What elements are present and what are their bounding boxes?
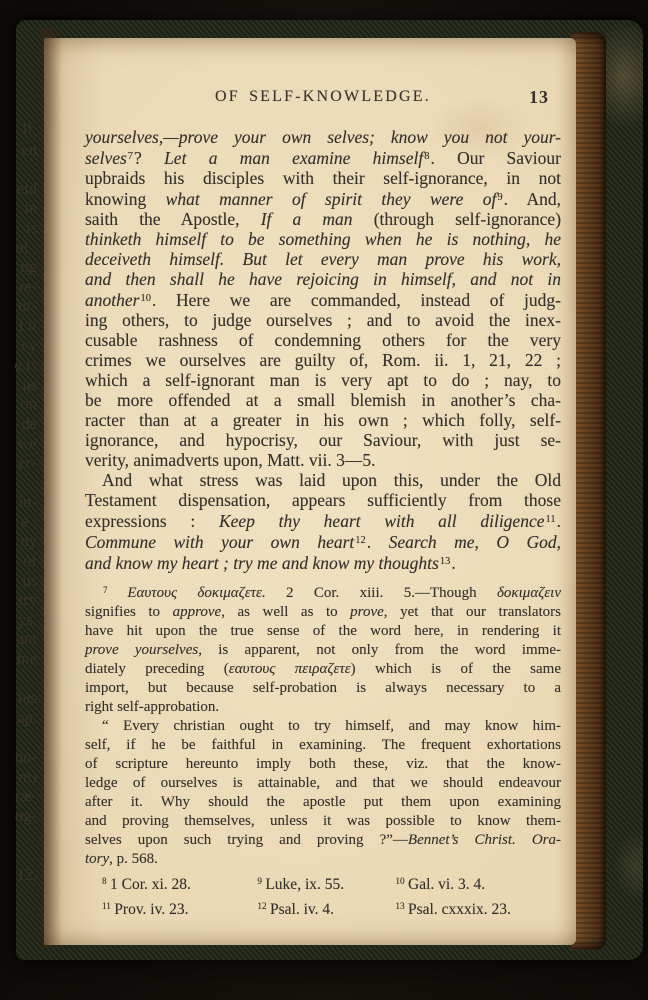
facing-page-fragment	[0, 669, 37, 689]
footnote-marker: 13	[439, 556, 452, 567]
facing-page-fragment: og-	[0, 806, 37, 826]
page-title: OF SELF-KNOWLEDGE.	[85, 88, 561, 106]
body-text: yourselves,—prove your own selves; know …	[85, 127, 561, 573]
text-segment: .	[451, 553, 455, 573]
body-line: deceiveth himself. But let every man pro…	[85, 249, 561, 269]
facing-page-fragment: de	[0, 414, 37, 434]
body-line: Testament dispensation, appears sufficie…	[85, 490, 561, 510]
facing-page-fragment: m)	[0, 767, 37, 787]
footnote-marker: 7	[102, 585, 127, 595]
text-segment: Bennet’s Christ. Ora-	[408, 832, 561, 848]
body-line: racter than at a greater in his own ; wh…	[85, 410, 561, 430]
body-line: thinketh himself to be something when he…	[85, 229, 561, 249]
footnote-line: self, if he be faithful in examining. Th…	[85, 736, 561, 755]
facing-page-fragment: en	[0, 140, 37, 160]
facing-page-fragment: eld	[0, 179, 37, 199]
body-line: ing others, to judge ourselves ; and to …	[85, 310, 561, 330]
facing-page-fragment: is	[0, 218, 37, 238]
text-segment: which a self-ignorant man is very apt to…	[85, 370, 561, 390]
facing-page-fragment	[0, 845, 37, 865]
text-segment: knowing	[85, 189, 166, 209]
reference-row: 11 Prov. iv. 23.12 Psal. iv. 4.13 Psal. …	[85, 896, 561, 921]
text-segment: ) which is of the same	[351, 661, 561, 677]
facing-page-fragment: ur-	[0, 296, 37, 316]
footnote-marker: 9	[496, 192, 503, 203]
text-segment: self, if he be faithful in examining. Th…	[85, 737, 561, 753]
reference-item: 8 1 Cor. xi. 28.	[85, 871, 256, 896]
text-segment: Testament dispensation, appears sufficie…	[85, 490, 561, 510]
text-segment: εαυτους πειραζετε	[229, 661, 351, 677]
text-segment: import, but because self-probation is al…	[85, 680, 561, 696]
footnote-line: prove yourselves, is apparent, not only …	[85, 641, 561, 660]
facing-page-fragment: ant	[0, 629, 37, 649]
body-line: and know my heart ; try me and know my t…	[85, 552, 561, 573]
footnote-line: diately preceding (εαυτους πειραζετε) wh…	[85, 660, 561, 679]
body-line: crimes we ourselves are guilty of, Rom. …	[85, 350, 561, 370]
text-segment: crimes we ourselves are guilty of, Rom. …	[85, 350, 561, 370]
footnote-line: selves upon such trying and proving ?”—B…	[85, 831, 561, 850]
text-segment: thinketh himself to be something when he…	[85, 229, 561, 249]
text-segment: tory	[85, 851, 109, 867]
footnote-marker: 10	[394, 877, 408, 887]
text-segment: and know my heart ; try me and know my t…	[85, 553, 439, 573]
text-segment: what manner of spirit they were of	[166, 189, 497, 209]
reference-row: 8 1 Cor. xi. 28.9 Luke, ix. 55.10 Gal. v…	[85, 871, 561, 896]
book-page: OF SELF-KNOWLEDGE. 13 yourselves,—prove …	[44, 38, 576, 945]
reference-item: 11 Prov. iv. 23.	[85, 896, 256, 921]
footnote-line: signifies to approve, as well as to prov…	[85, 603, 561, 622]
facing-page-fragment: lf,	[0, 120, 37, 140]
facing-page-fragment: ap.	[0, 708, 37, 728]
facing-page-fragment: try	[0, 590, 37, 610]
page-number: 13	[529, 87, 549, 108]
book-photo: lf,en eldinisul ;ngre-ur-l iteye isusond…	[0, 0, 648, 1000]
facing-page-fragment: no-	[0, 747, 37, 767]
text-segment: . Our Saviour	[430, 148, 561, 168]
text-segment: .	[367, 532, 389, 552]
body-line: Commune with your own heart12. Search me…	[85, 531, 561, 552]
facing-page-fragment: ius	[0, 688, 37, 708]
facing-page-fragment: re-	[0, 277, 37, 297]
facing-page-fragment: ey	[0, 336, 37, 356]
text-segment: and then shall he have rejoicing in hims…	[85, 269, 561, 289]
facing-page-fragment: ys,	[0, 610, 37, 630]
text-segment: signifies to	[85, 604, 173, 620]
text-segment: ignorance, and hypocrisy, our Saviour, w…	[85, 430, 561, 450]
body-line: expressions : Keep thy heart with all di…	[85, 510, 561, 531]
text-segment: cusable rashness of condemning others fo…	[85, 330, 561, 350]
text-segment: of scripture hereunto imply both these, …	[85, 756, 561, 772]
reference-item: 9 Luke, ix. 55.	[256, 871, 394, 896]
facing-page-fragment: 12.	[0, 865, 37, 885]
facing-page-fragment: in-	[0, 492, 37, 512]
footnote-line: import, but because self-probation is al…	[85, 679, 561, 698]
footnote-line: ledge of ourselves is attainable, and th…	[85, 774, 561, 793]
facing-page-fragment: ul ;	[0, 238, 37, 258]
text-segment: “ Every christian ought to try himself, …	[102, 718, 561, 734]
text-segment: 2 Cor. xiii. 5.—Though	[286, 585, 497, 601]
reference-item: 10 Gal. vi. 3. 4.	[394, 871, 561, 896]
body-line: another10. Here we are commanded, instea…	[85, 289, 561, 310]
text-segment: ing others, to judge ourselves ; and to …	[85, 310, 561, 330]
footnote-marker: 7	[127, 151, 134, 162]
text-segment: racter than at a greater in his own ; wh…	[85, 410, 561, 430]
footnote-marker: 12	[256, 902, 270, 912]
text-segment: upbraids his disciples with their self-i…	[85, 168, 561, 188]
body-line: knowing what manner of spirit they were …	[85, 188, 561, 209]
facing-page-fragment: ng	[0, 257, 37, 277]
page-content: OF SELF-KNOWLEDGE. 13 yourselves,—prove …	[85, 88, 561, 921]
text-segment: diately preceding (	[85, 661, 229, 677]
facing-page-fragment	[0, 159, 37, 179]
facing-page-fragment: ny	[0, 531, 37, 551]
facing-page-fragment	[0, 825, 37, 845]
text-segment: , p. 568.	[109, 851, 158, 867]
footnote-marker: 11	[545, 514, 557, 525]
text-segment: be more offended at a small blemish in a…	[85, 390, 561, 410]
facing-page-fragment: l it	[0, 316, 37, 336]
footnote-marker: 12	[354, 535, 367, 546]
facing-page-fragment: er-	[0, 453, 37, 473]
body-line: verity, animadverts upon, Matt. vii. 3—5…	[85, 450, 561, 470]
body-line: be more offended at a small blemish in a…	[85, 390, 561, 410]
text-segment: . And,	[504, 189, 561, 209]
text-segment: another	[85, 290, 139, 310]
body-line: And what stress was laid upon this, unde…	[85, 470, 561, 490]
reference-text: Luke, ix. 55.	[265, 876, 344, 893]
facing-page-fragment: e is	[0, 355, 37, 375]
text-segment: . Here we are commanded, instead of judg…	[152, 290, 561, 310]
facing-page-fragment: on	[0, 394, 37, 414]
text-segment: , is apparent, not only from the word im…	[198, 642, 561, 658]
footnote-line: of scripture hereunto imply both these, …	[85, 755, 561, 774]
book-gutter-shadow	[36, 28, 62, 948]
footnote-line: have hit upon the true sense of the word…	[85, 622, 561, 641]
running-header: OF SELF-KNOWLEDGE. 13	[85, 88, 561, 112]
text-segment: prove	[350, 604, 384, 620]
text-segment: ledge of ourselves is attainable, and th…	[85, 775, 561, 791]
footnote-line: and proving themselves, unless it was po…	[85, 812, 561, 831]
footnote-line: “ Every christian ought to try himself, …	[85, 717, 561, 736]
facing-page-text-fragments: lf,en eldinisul ;ngre-ur-l iteye isusond…	[0, 120, 37, 884]
text-segment: Commune with your own heart	[85, 532, 354, 552]
footnote-line: after it. Why should the apostle put the…	[85, 793, 561, 812]
text-segment: ?	[134, 148, 164, 168]
reference-text: 1 Cor. xi. 28.	[110, 876, 191, 893]
text-segment: prove yourselves	[85, 642, 198, 658]
body-line: ignorance, and hypocrisy, our Saviour, w…	[85, 430, 561, 450]
footnote-marker: 11	[101, 902, 114, 912]
facing-page-fragment: e ;	[0, 512, 37, 532]
text-segment: If a man	[261, 209, 353, 229]
text-segment: δοκιμαζειν	[497, 585, 561, 601]
facing-page-fragment: us	[0, 375, 37, 395]
facing-page-fragment: ræ-	[0, 786, 37, 806]
footnote-line: 7 Εαυτους δοκιμαζετε. 2 Cor. xiii. 5.—Th…	[85, 581, 561, 603]
facing-page-fragment	[0, 473, 37, 493]
footnote-marker: 9	[256, 877, 265, 887]
reference-text: Psal. cxxxix. 23.	[408, 901, 511, 918]
footnote-marker: 8	[101, 877, 110, 887]
footnote-references: 8 1 Cor. xi. 28.9 Luke, ix. 55.10 Gal. v…	[85, 871, 561, 921]
reference-text: Prov. iv. 23.	[114, 901, 188, 918]
footnote-marker: 13	[394, 902, 408, 912]
text-segment: Search me, O God,	[389, 532, 561, 552]
facing-page-fragment: we	[0, 434, 37, 454]
text-segment: right self-approbation.	[85, 699, 219, 715]
text-segment: deceiveth himself. But let every man pro…	[85, 249, 561, 269]
text-segment: Εαυτους δοκιμαζετε.	[127, 585, 286, 601]
footnote-line: tory, p. 568.	[85, 850, 561, 869]
text-segment: and proving themselves, unless it was po…	[85, 813, 561, 829]
text-segment: have hit upon the true sense of the word…	[85, 623, 561, 639]
text-segment: And what stress was laid upon this, unde…	[102, 470, 561, 490]
body-line: selves7? Let a man examine himself8. Our…	[85, 147, 561, 168]
facing-page-fragment: of	[0, 551, 37, 571]
reference-item: 13 Psal. cxxxix. 23.	[394, 896, 561, 921]
body-line: which a self-ignorant man is very apt to…	[85, 370, 561, 390]
facing-page-fragment	[0, 727, 37, 747]
reference-text: Gal. vi. 3. 4.	[408, 876, 485, 893]
text-segment: Keep thy heart with all diligence	[219, 511, 545, 531]
facing-page-fragment: ine	[0, 649, 37, 669]
text-segment: , as well as to	[221, 604, 350, 620]
text-segment: after it. Why should the apostle put the…	[85, 794, 561, 810]
text-segment: selves upon such trying and proving ?”—	[85, 832, 408, 848]
facing-page-fragment: in	[0, 198, 37, 218]
text-segment: Let a man examine himself	[164, 148, 423, 168]
footnote-line: right self-approbation.	[85, 698, 561, 717]
body-line: saith the Apostle, If a man (through sel…	[85, 209, 561, 229]
text-segment: approve	[173, 604, 222, 620]
body-line: yourselves,—prove your own selves; know …	[85, 127, 561, 147]
footnotes: 7 Εαυτους δοκιμαζετε. 2 Cor. xiii. 5.—Th…	[85, 581, 561, 869]
text-segment: verity, animadverts upon, Matt. vii. 3—5…	[85, 450, 376, 470]
text-segment: expressions :	[85, 511, 219, 531]
body-line: and then shall he have rejoicing in hims…	[85, 269, 561, 289]
text-segment: yourselves,—prove your own selves; know …	[85, 127, 561, 147]
reference-item: 12 Psal. iv. 4.	[256, 896, 394, 921]
reference-text: Psal. iv. 4.	[270, 901, 334, 918]
text-segment: selves	[85, 148, 127, 168]
text-segment: , yet that our translators	[384, 604, 561, 620]
text-segment: .	[557, 511, 561, 531]
footnote-marker: 10	[139, 293, 152, 304]
facing-page-fragment: us	[0, 571, 37, 591]
text-segment: (through self-ignorance)	[353, 209, 561, 229]
body-line: upbraids his disciples with their self-i…	[85, 168, 561, 188]
text-segment: saith the Apostle,	[85, 209, 261, 229]
body-line: cusable rashness of condemning others fo…	[85, 330, 561, 350]
